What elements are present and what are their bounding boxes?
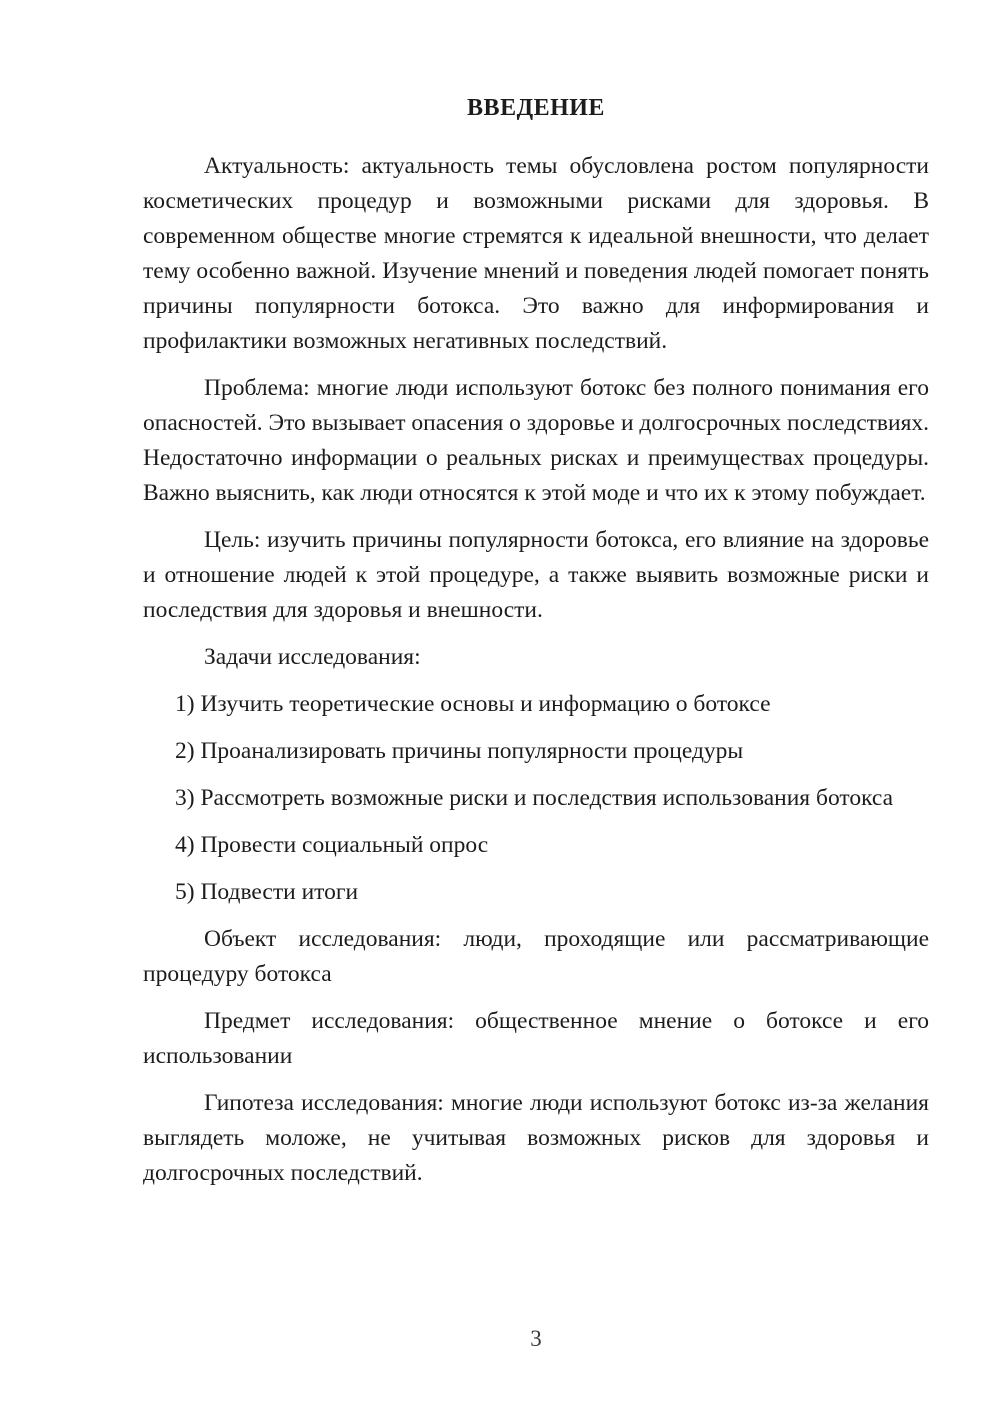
paragraph-obekt: Объект исследования: люди, проходящие ил… xyxy=(143,922,929,992)
paragraph-predmet: Предмет исследования: общественное мнени… xyxy=(143,1004,929,1074)
paragraph-aktualnost: Актуальность: актуальность темы обусловл… xyxy=(143,149,929,359)
list-item-1: 1) Изучить теоретические основы и информ… xyxy=(143,687,929,722)
document-body: Актуальность: актуальность темы обусловл… xyxy=(143,149,929,1191)
paragraph-gipoteza: Гипотеза исследования: многие люди испол… xyxy=(143,1086,929,1191)
list-item-2: 2) Проанализировать причины популярности… xyxy=(143,734,929,769)
paragraph-problema: Проблема: многие люди используют ботокс … xyxy=(143,371,929,511)
document-page: ВВЕДЕНИЕ Актуальность: актуальность темы… xyxy=(0,0,1000,1414)
list-item-3: 3) Рассмотреть возможные риски и последс… xyxy=(143,781,929,816)
list-item-5: 5) Подвести итоги xyxy=(143,875,929,910)
paragraph-zadachi: Задачи исследования: xyxy=(143,640,929,675)
list-item-4: 4) Провести социальный опрос xyxy=(143,828,929,863)
paragraph-tsel: Цель: изучить причины популярности боток… xyxy=(143,523,929,628)
page-title: ВВЕДЕНИЕ xyxy=(143,93,929,123)
page-number: 3 xyxy=(143,1324,929,1354)
